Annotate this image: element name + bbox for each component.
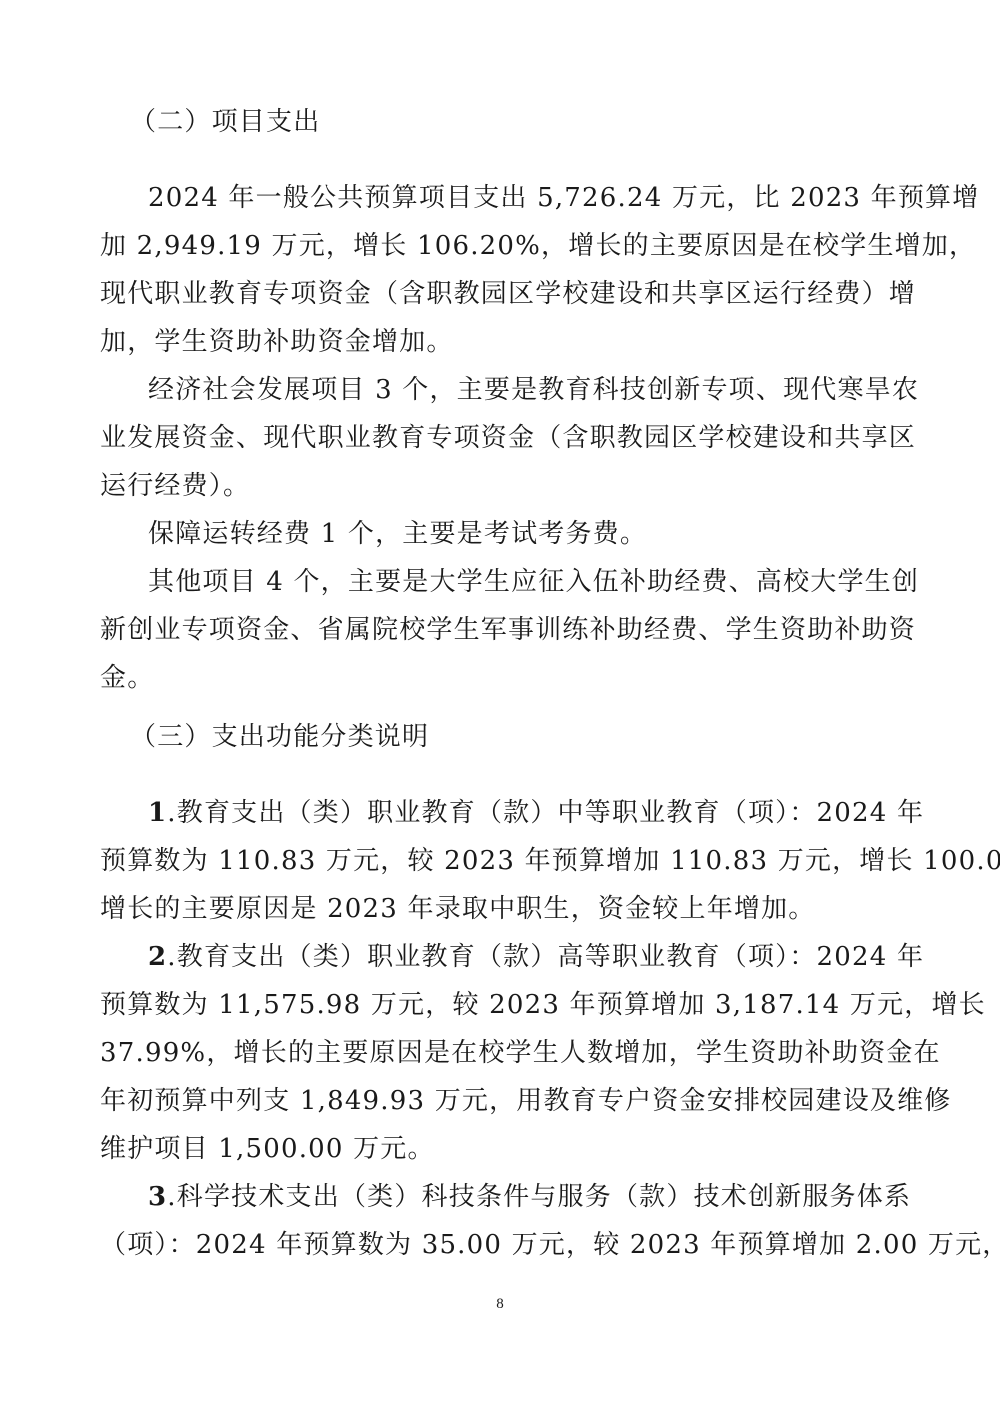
paragraph-line: 保障运转经费 1 个，主要是考试考务费。 <box>148 517 900 551</box>
paragraph-line: 加 2,949.19 万元，增长 106.20%，增长的主要原因是在校学生增加， <box>100 229 900 263</box>
item-text: .科学技术支出（类）科技条件与服务（款）技术创新服务体系 <box>167 1182 911 1212</box>
item-number: 1 <box>148 798 167 828</box>
item-1-first-line: 1.教育支出（类）职业教育（款）中等职业教育（项）：2024 年 <box>148 796 900 830</box>
section-heading-project-expenditure: （二）项目支出 <box>130 105 930 139</box>
section-heading-functional-classification: （三）支出功能分类说明 <box>130 720 930 754</box>
document-page: （二）项目支出 2024 年一般公共预算项目支出 5,726.24 万元，比 2… <box>0 0 1000 1414</box>
paragraph-line: 年初预算中列支 1,849.93 万元，用教育专户资金安排校园建设及维修 <box>100 1084 900 1118</box>
item-number: 3 <box>148 1182 167 1212</box>
item-text: .教育支出（类）职业教育（款）中等职业教育（项）：2024 年 <box>167 798 924 828</box>
paragraph-line: 预算数为 110.83 万元，较 2023 年预算增加 110.83 万元，增长… <box>100 844 900 878</box>
paragraph-line: 加，学生资助补助资金增加。 <box>100 325 900 359</box>
paragraph-line: 金。 <box>100 661 900 695</box>
paragraph-line: 增长的主要原因是 2023 年录取中职生，资金较上年增加。 <box>100 892 900 926</box>
paragraph-line: 其他项目 4 个，主要是大学生应征入伍补助经费、高校大学生创 <box>148 565 900 599</box>
paragraph-line: 维护项目 1,500.00 万元。 <box>100 1132 900 1166</box>
paragraph-line: 经济社会发展项目 3 个，主要是教育科技创新专项、现代寒旱农 <box>148 373 900 407</box>
item-2-first-line: 2.教育支出（类）职业教育（款）高等职业教育（项）：2024 年 <box>148 940 900 974</box>
paragraph-line: 现代职业教育专项资金（含职教园区学校建设和共享区运行经费）增 <box>100 277 900 311</box>
page-number: 8 <box>0 1294 1000 1314</box>
paragraph-line: 37.99%，增长的主要原因是在校学生人数增加，学生资助补助资金在 <box>100 1036 900 1070</box>
item-3-first-line: 3.科学技术支出（类）科技条件与服务（款）技术创新服务体系 <box>148 1180 900 1214</box>
paragraph-line: 预算数为 11,575.98 万元，较 2023 年预算增加 3,187.14 … <box>100 988 900 1022</box>
paragraph-line: 运行经费）。 <box>100 469 900 503</box>
item-text: .教育支出（类）职业教育（款）高等职业教育（项）：2024 年 <box>167 942 924 972</box>
paragraph-line: 新创业专项资金、省属院校学生军事训练补助经费、学生资助补助资 <box>100 613 900 647</box>
item-number: 2 <box>148 942 167 972</box>
paragraph-line: 业发展资金、现代职业教育专项资金（含职教园区学校建设和共享区 <box>100 421 900 455</box>
paragraph-line: 2024 年一般公共预算项目支出 5,726.24 万元，比 2023 年预算增 <box>148 181 900 215</box>
paragraph-line: （项）：2024 年预算数为 35.00 万元，较 2023 年预算增加 2.0… <box>100 1228 900 1262</box>
